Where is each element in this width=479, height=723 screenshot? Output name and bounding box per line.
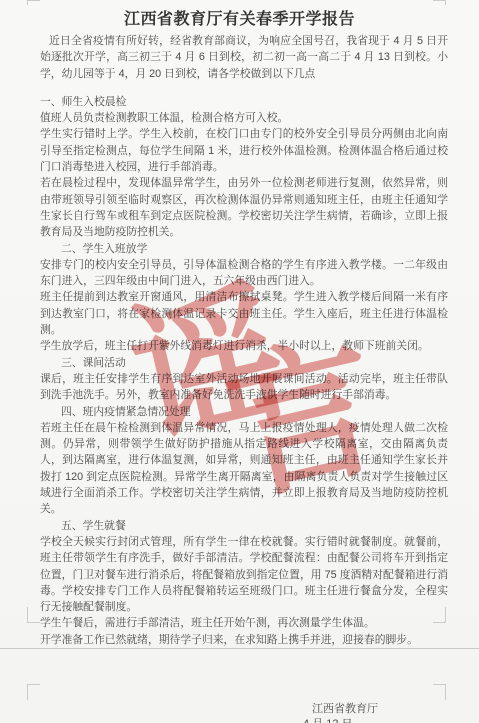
crop-mark	[433, 607, 446, 623]
body-paragraph: 开学准备工作已然就绪，期待学子归来，在求知路上携手并进，迎接春的脚步。	[40, 632, 448, 648]
document-page: 江西省教育厅有关春季开学报告 近日全省疫情有所好转，经省教育部商议，为响应全国号…	[0, 0, 479, 723]
body-paragraph: 学生实行错时上学。学生入校前，在校门口由专门的校外安全引导员分两侧由北向南引导至…	[40, 126, 448, 175]
body-paragraph: 学生放学后，班主任打开紫外线消毒灯进行消杀，半小时以上，教师下班前关闭。	[40, 338, 448, 354]
section-heading-2: 二、学生入班放学	[40, 241, 448, 257]
crop-mark	[433, 684, 446, 700]
crop-mark	[433, 0, 446, 5]
body-paragraph: 若班主任在晨午检检测到体温异常情况，马上上报疫情处理人，疫情处理人做二次检测。仍…	[40, 420, 448, 518]
section-heading-5: 五、学生就餐	[40, 518, 448, 534]
section-heading-3: 三、课间活动	[40, 355, 448, 371]
body-paragraph: 学校全天候实行封闭式管理，所有学生一律在校就餐。实行错时就餐制度。就餐前，班主任…	[40, 534, 448, 615]
signature-date-partial: 4 月 12 日	[303, 717, 353, 723]
section-heading-4: 四、班内疫情紧急情况处理	[40, 404, 448, 420]
body-paragraph: 若在晨检过程中，发现体温异常学生，由另外一位检测老师进行复测，依然异常，则由带班…	[40, 175, 448, 240]
intro-paragraph: 近日全省疫情有所好转，经省教育部商议，为响应全国号召，我省现于 4 月 5 日开…	[40, 33, 448, 82]
document-title: 江西省教育厅有关春季开学报告	[0, 0, 479, 29]
body-paragraph: 安排专门的校内安全引导员，引导体温检测合格的学生有序进入教学楼。一二年级由东门进…	[40, 257, 448, 290]
section-heading-1: 一、师生入校晨检	[40, 94, 448, 110]
body-paragraph: 学生午餐后，需进行手部清洁，班主任开始午测，再次测量学生体温。	[40, 615, 448, 631]
crop-mark	[27, 607, 40, 623]
page-break-divider	[0, 648, 479, 649]
document-body: 近日全省疫情有所好转，经省教育部商议，为响应全国号召，我省现于 4 月 5 日开…	[40, 33, 448, 648]
signature-organization: 江西省教育厅	[0, 702, 378, 716]
crop-mark	[27, 684, 40, 700]
body-paragraph: 值班人员负责检测教职工体温，检测合格方可入校。	[40, 110, 448, 126]
body-paragraph: 班主任提前到达教室开窗通风，用清洁布擦拭桌凳。学生进入教学楼后间隔一米有序到达教…	[40, 289, 448, 338]
body-paragraph: 课后，班主任安排学生有序到达室外活动场地开展课间活动。活动完毕，班主任带队到洗手…	[40, 371, 448, 404]
crop-mark	[27, 0, 40, 5]
